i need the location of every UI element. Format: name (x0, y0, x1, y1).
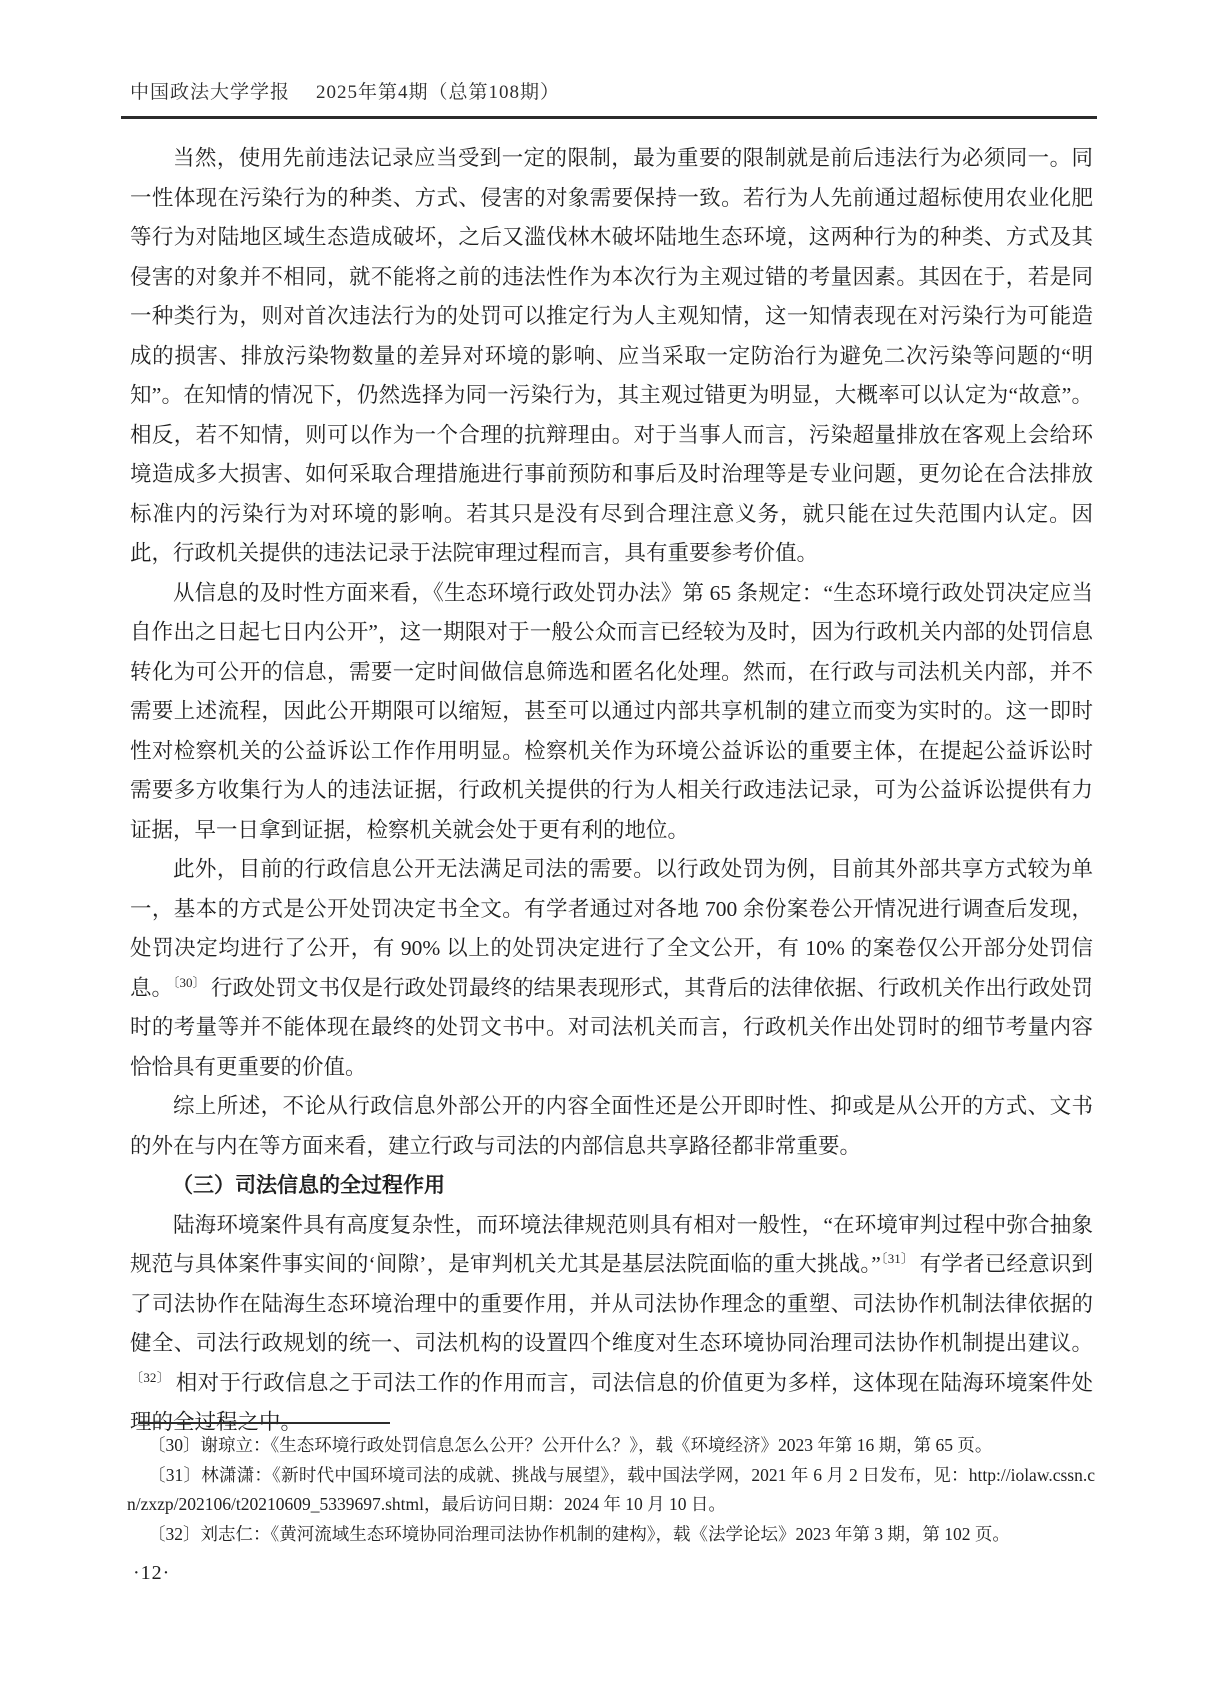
paragraph: 从信息的及时性方面来看，《生态环境行政处罚办法》第 65 条规定：“生态环境行政… (130, 574, 1093, 851)
running-header: 中国政法大学学报2025年第4期（总第108期） (130, 77, 1095, 104)
issue-info: 2025年第4期（总第108期） (316, 82, 560, 103)
paragraph: 综上所述，不论从行政信息外部公开的内容全面性还是公开即时性、抑或是从公开的方式、… (130, 1087, 1093, 1166)
journal-page: 中国政法大学学报2025年第4期（总第108期） 当然，使用先前违法记录应当受到… (0, 0, 1217, 1689)
paragraph: 陆海环境案件具有高度复杂性，而环境法律规范则具有相对一般性，“在环境审判过程中弥… (130, 1206, 1093, 1443)
paragraph: 当然，使用先前违法记录应当受到一定的限制，最为重要的限制就是前后违法行为必须同一… (130, 139, 1093, 574)
header-rule (121, 116, 1097, 119)
footnote-ref: 〔31〕 (881, 1251, 914, 1266)
article-body: 当然，使用先前违法记录应当受到一定的限制，最为重要的限制就是前后违法行为必须同一… (130, 139, 1093, 1443)
footnote: 〔32〕刘志仁：《黄河流域生态环境协同治理司法协作机制的建构》，载《法学论坛》2… (127, 1520, 1095, 1550)
page-number: ·12· (133, 1562, 170, 1585)
footnote: 〔31〕林潇潇：《新时代中国环境司法的成就、挑战与展望》，载中国法学网，2021… (127, 1461, 1095, 1520)
section-heading: （三）司法信息的全过程作用 (130, 1166, 1093, 1206)
footnote: 〔30〕谢琼立：《生态环境行政处罚信息怎么公开？公开什么？》，载《环境经济》20… (127, 1431, 1095, 1461)
footnote-ref: 〔30〕 (173, 974, 206, 989)
journal-title: 中国政法大学学报 (130, 82, 290, 103)
footnote-separator (138, 1422, 390, 1424)
footnotes: 〔30〕谢琼立：《生态环境行政处罚信息怎么公开？公开什么？》，载《环境经济》20… (127, 1431, 1095, 1549)
paragraph: 此外，目前的行政信息公开无法满足司法的需要。以行政处罚为例，目前其外部共享方式较… (130, 850, 1093, 1087)
footnote-ref: 〔32〕 (130, 1369, 170, 1384)
